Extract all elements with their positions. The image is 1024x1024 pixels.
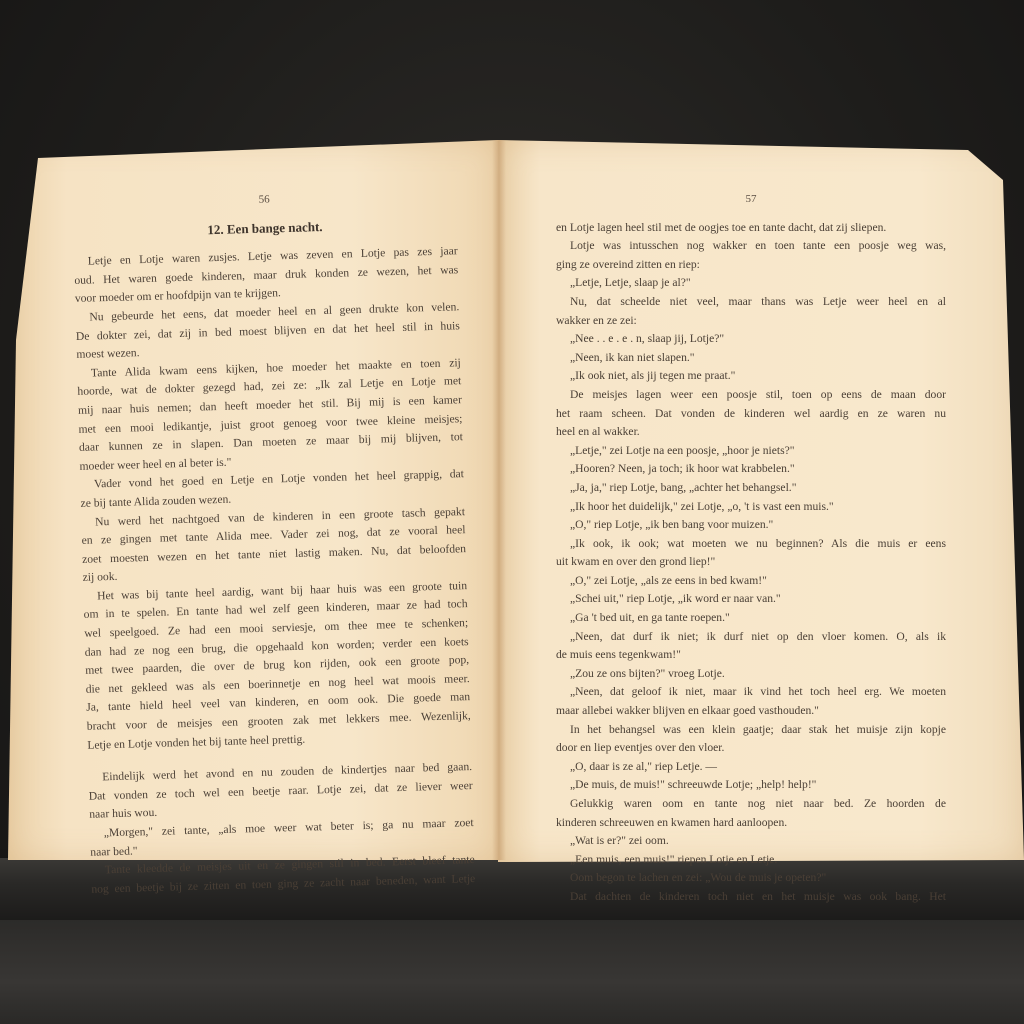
text-line: „Neen, dat geloof ik niet, maar ik vind …	[556, 683, 946, 702]
text-line: Lotje was intusschen nog wakker en toen …	[556, 237, 946, 256]
text-line: kinderen schreeuwen en kwamen hard aanlo…	[556, 814, 946, 833]
text-line: Dat dachten de kinderen toch niet en het…	[556, 888, 946, 907]
left-page-text: 56 12. Een bange nacht. Letje en Lotje w…	[72, 185, 475, 899]
text-line: „O, daar is ze al," riep Letje. —	[556, 758, 946, 777]
text-line: Nu, dat scheelde niet veel, maar thans w…	[556, 293, 946, 312]
text-line: maar allebei wakker blijven en elkaar go…	[556, 702, 946, 721]
text-line: „Neen, dat durf ik niet; ik durf niet op…	[556, 628, 946, 647]
left-page-lines: Letje en Lotje waren zusjes. Letje was z…	[74, 242, 476, 899]
text-line: „Nee . . e . e . n, slaap jij, Lotje?"	[556, 330, 946, 349]
chapter-title: 12. Een bange nacht.	[73, 214, 457, 243]
right-page-lines: en Lotje lagen heel stil met de oogjes t…	[556, 219, 946, 907]
text-line: „De muis, de muis!" schreeuwde Lotje; „h…	[556, 776, 946, 795]
text-line: ging ze overeind zitten en riep:	[556, 256, 946, 275]
text-line: „Wat is er?" zei oom.	[556, 832, 946, 851]
text-line: „Zou ze ons bijten?" vroeg Lotje.	[556, 665, 946, 684]
text-line: „Letje, Letje, slaap je al?"	[556, 274, 946, 293]
text-line: „Ik ook, ik ook; wat moeten we nu beginn…	[556, 535, 946, 554]
text-line: „Letje," zei Lotje na een poosje, „hoor …	[556, 442, 946, 461]
text-line: „Een muis, een muis!" riepen Lotje en Le…	[556, 851, 946, 870]
text-line: Oom begon te lachen en zei: „Wou de muis…	[556, 869, 946, 888]
text-line: „Ja, ja," riep Lotje, bang, „achter het …	[556, 479, 946, 498]
text-line: „O," zei Lotje, „als ze eens in bed kwam…	[556, 572, 946, 591]
open-book: 56 12. Een bange nacht. Letje en Lotje w…	[0, 0, 1024, 870]
book-gutter	[492, 140, 506, 860]
text-line: uit kwam en over den grond liep!"	[556, 553, 946, 572]
text-line: In het behangsel was een klein gaatje; d…	[556, 721, 946, 740]
text-line: en Lotje lagen heel stil met de oogjes t…	[556, 219, 946, 238]
text-line: „O," riep Lotje, „ik ben bang voor muize…	[556, 516, 946, 535]
text-line: „Schei uit," riep Lotje, „ik word er naa…	[556, 590, 946, 609]
page-number: 57	[556, 190, 946, 209]
text-line: „Ik hoor het duidelijk," zei Lotje, „o, …	[556, 498, 946, 517]
text-line: door en liep eventjes over den vloer.	[556, 739, 946, 758]
text-line: „Neen, ik kan niet slapen."	[556, 349, 946, 368]
text-line: Gelukkig waren oom en tante nog niet naa…	[556, 795, 946, 814]
text-line: „Ga 't bed uit, en ga tante roepen."	[556, 609, 946, 628]
right-page-text: 57 en Lotje lagen heel stil met de oogje…	[556, 190, 946, 907]
text-line: heel en al wakker.	[556, 423, 946, 442]
text-line: De meisjes lagen weer een poosje stil, t…	[556, 386, 946, 405]
text-line: wakker en ze zei:	[556, 312, 946, 331]
text-line: de muis eens tegenkwam!"	[556, 646, 946, 665]
text-line: „Ik ook niet, als jij tegen me praat."	[556, 367, 946, 386]
table-front	[0, 920, 1024, 1024]
text-line: het raam scheen. Dat vonden de kinderen …	[556, 405, 946, 424]
text-line: „Hooren? Neen, ja toch; ik hoor wat krab…	[556, 460, 946, 479]
